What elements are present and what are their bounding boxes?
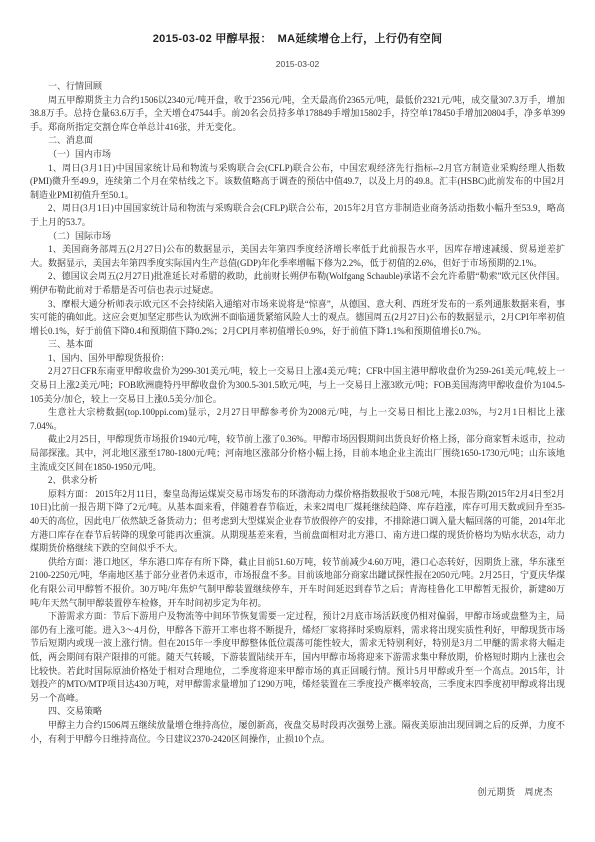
paragraph: 截止2月25日，甲醇现货市场报价1940元/吨，较节前上涨了0.36%。甲醇市场…: [30, 433, 565, 474]
section-subheading: （二）国际市场: [30, 230, 565, 244]
paragraph: 2、周日(3月1日)中国国家统计局和物流与采购联合会(CFLP)联合公布，201…: [30, 202, 565, 229]
paragraph: 供给方面：港口地区，华东港口库存有所下降，截止目前51.60万吨，较节前减少4.…: [30, 556, 565, 610]
paragraph: 周五甲醇期货主力合约1506以2340元/吨开盘，收于2356元/吨，全天最高价…: [30, 94, 565, 135]
paragraph: 2、德国议会周五(2月27日)批准延长对希腊的救助，此前财长朔伊布勒(Wolfg…: [30, 270, 565, 297]
section-heading: 二、消息面: [30, 134, 565, 148]
paragraph: 原料方面： 2015年2月11日，秦皇岛海运煤炭交易市场发布的环渤海动力煤价格指…: [30, 488, 565, 556]
paragraph: 2月27日CFR东南亚甲醇收盘价为299-301美元/吨，较上一交易日上涨4美元…: [30, 365, 565, 406]
paragraph: 1、美国商务部周五(2月27日)公布的数据显示，美国去年第四季度经济增长率低于此…: [30, 243, 565, 270]
report-footer: 创元期货周虎杰: [477, 785, 553, 798]
report-title: 2015-03-02 甲醇早报： MA延续增仓上行，上行仍有空间: [30, 30, 565, 46]
section-heading: 四、交易策略: [30, 705, 565, 719]
report-body: 一、行情回顾周五甲醇期货主力合约1506以2340元/吨开盘，收于2356元/吨…: [30, 80, 565, 746]
paragraph: 生意社大宗榜数据(top.100ppi.com)显示，2月27日甲醇参考价为20…: [30, 406, 565, 433]
document-page: 2015-03-02 甲醇早报： MA延续增仓上行，上行仍有空间 2015-03…: [0, 0, 595, 842]
section-heading: 三、基本面: [30, 338, 565, 352]
paragraph: 1、周日(3月1日)中国国家统计局和物流与采购联合会(CFLP)联合公布，中国宏…: [30, 162, 565, 203]
footer-company: 创元期货: [477, 787, 515, 797]
paragraph: 3、摩根大通分析师表示欧元区不会持续陷入通缩对市场来说将是“惊喜”，从德国、意大…: [30, 298, 565, 339]
section-subheading: 1、国内、国外甲醇现货报价：: [30, 352, 565, 366]
section-heading: 一、行情回顾: [30, 80, 565, 94]
footer-author: 周虎杰: [524, 787, 553, 797]
paragraph: 甲醇主力合约1506周五继续放量增仓维持高位，屡创新高，夜盘交易时段再次强势上涨…: [30, 719, 565, 746]
section-subheading: 2、供求分析: [30, 474, 565, 488]
paragraph: 下游需求方面：节后下游用户及物流等中间环节恢复需要一定过程，预计2月底市场活跃度…: [30, 610, 565, 705]
report-date: 2015-03-02: [30, 59, 565, 69]
section-subheading: （一）国内市场: [30, 148, 565, 162]
